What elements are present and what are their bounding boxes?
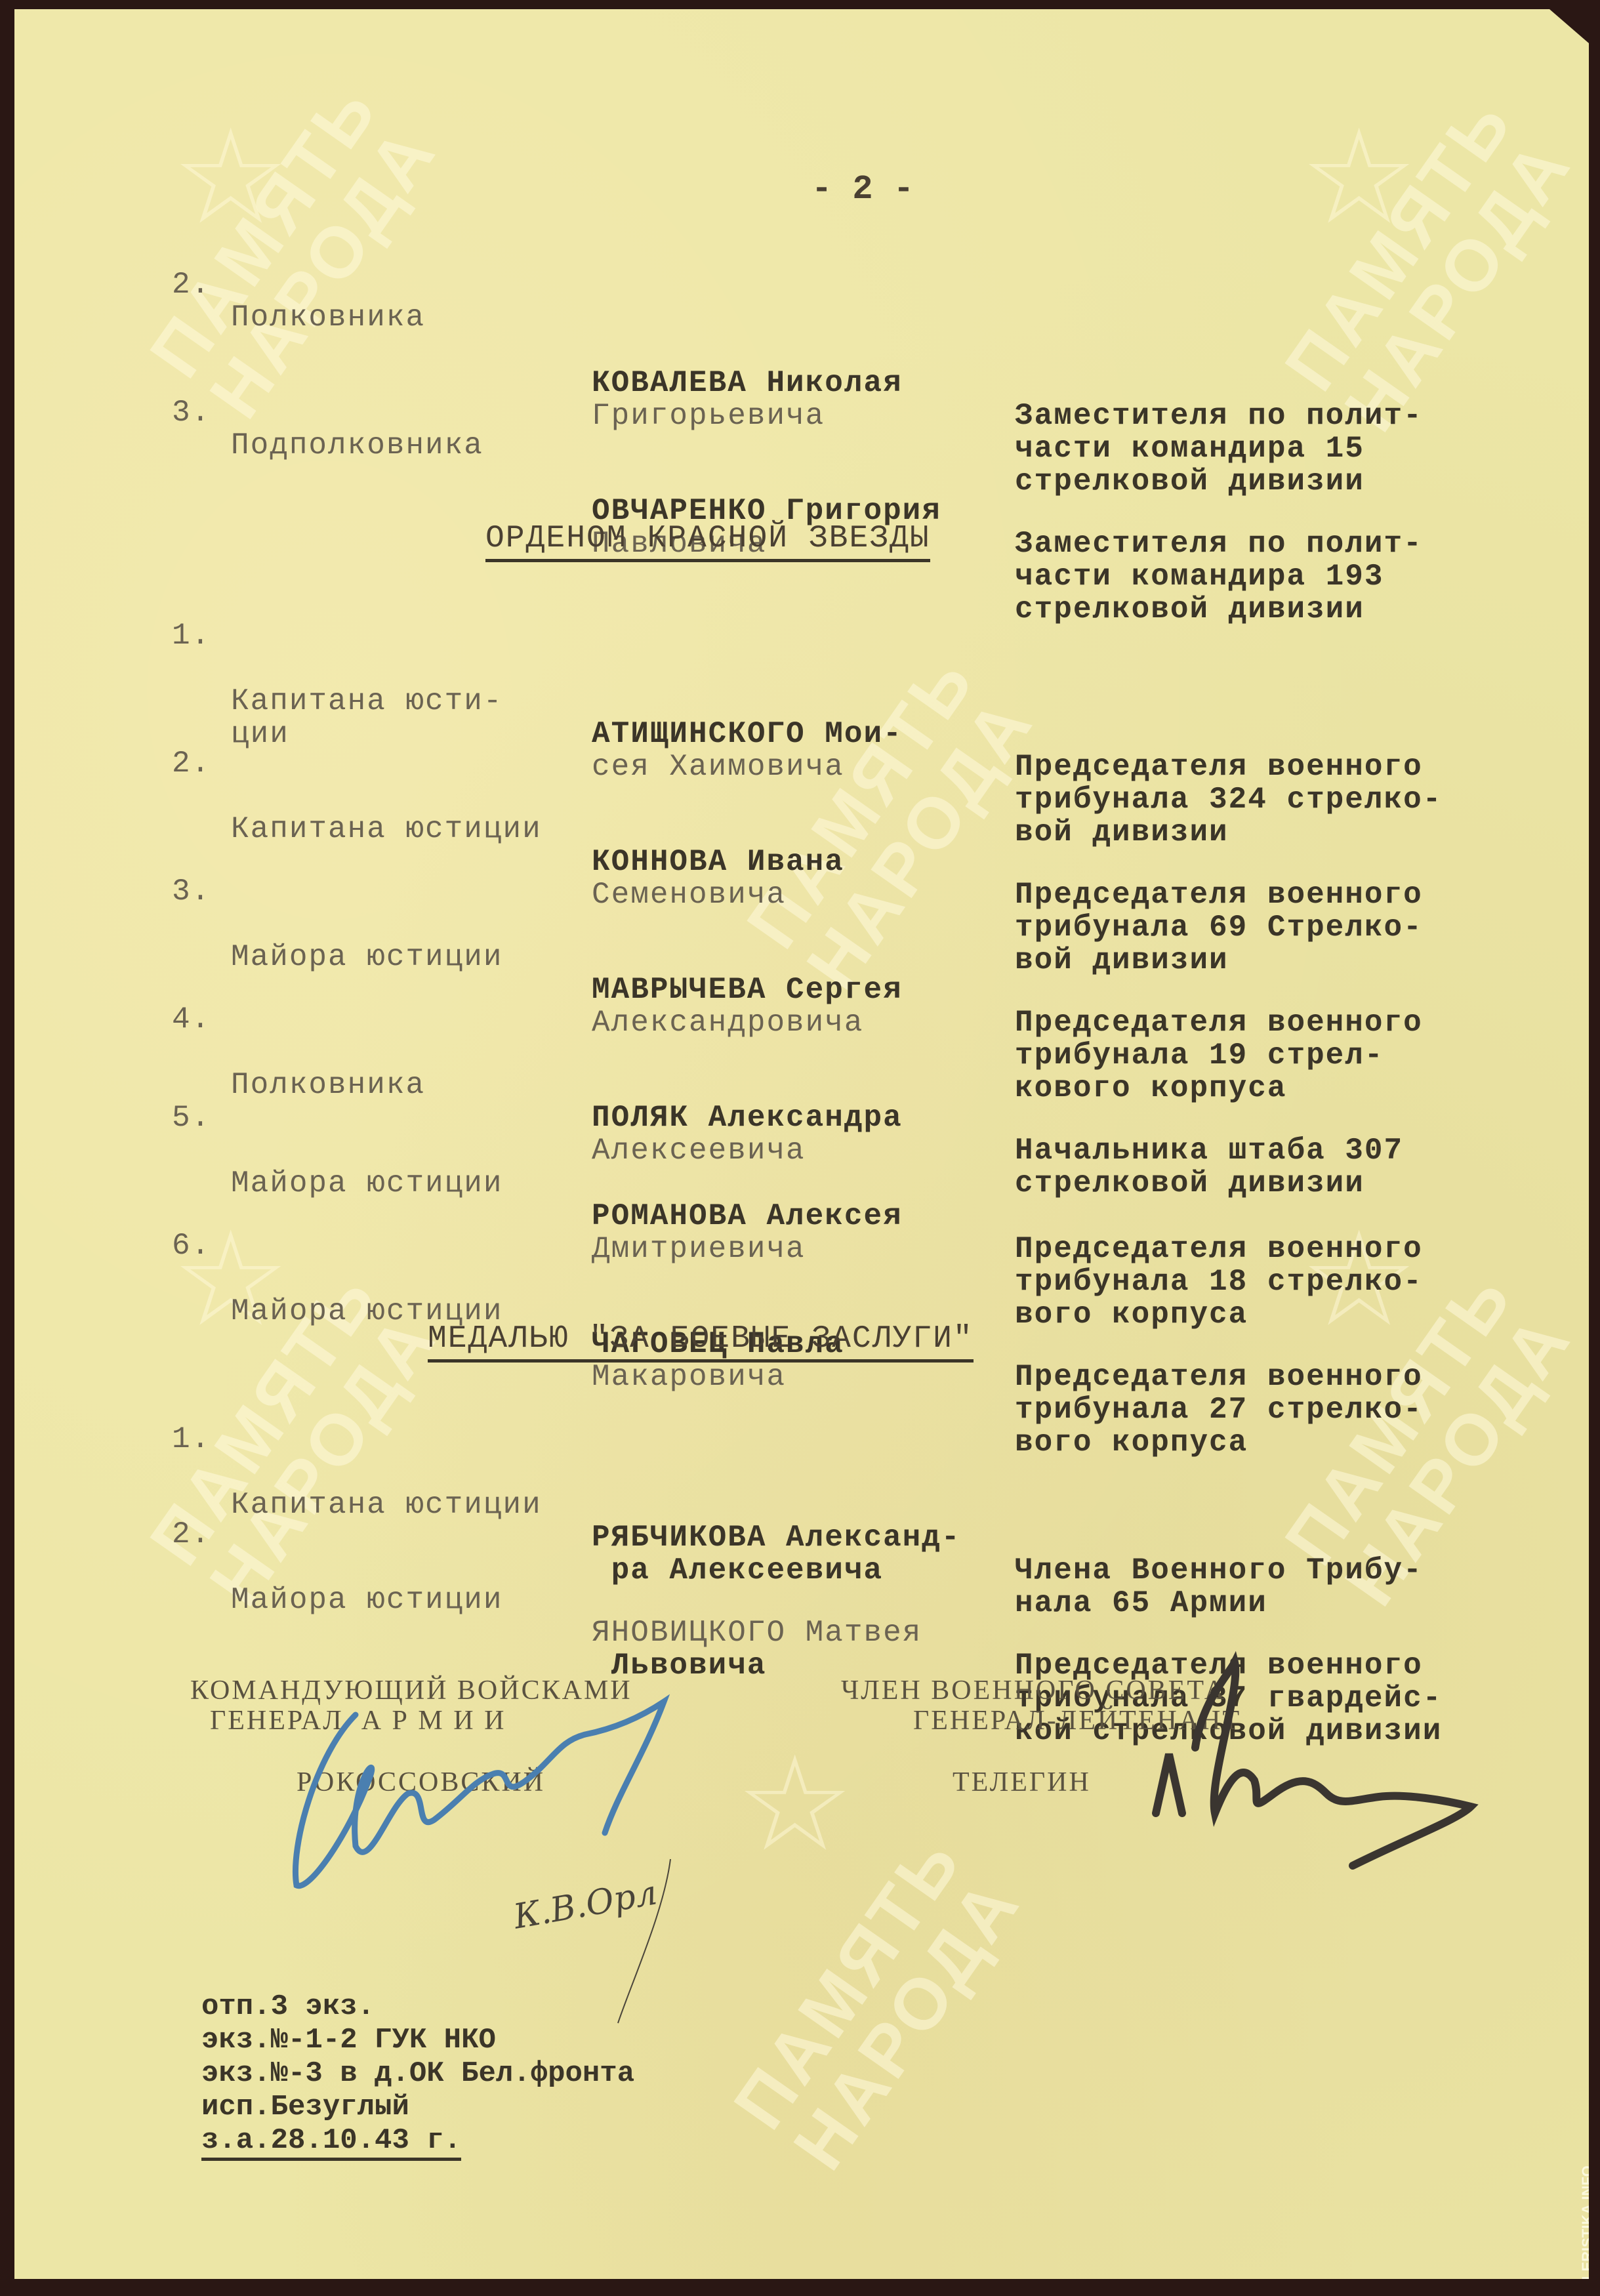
signature-right-name: ТЕЛЕГИН [953,1767,1091,1797]
section-title-combat-merit-medal: МЕДАЛЬЮ "ЗА БОЕВЫЕ ЗАСЛУГИ" [428,1321,974,1363]
section-title-red-star: ОРДЕНОМ КРАСНОЙ ЗВЕЗДЫ [485,521,930,562]
page-number: - 2 - [811,170,914,209]
telegin-signature-icon [1130,1649,1497,1898]
list-item: 6. Майора юстиции ЧАГОВЕЦ ПавлаМакарович… [14,1197,1589,1393]
distribution-footer: отп.3 экз.экз.№-1-2 ГУК НКОэкз.№-3 в д.О… [201,1990,634,2161]
document-page: ☆ ПАМЯТЬ НАРОДА ☆ ПАМЯТЬ НАРОДА ПАМЯТЬ Н… [14,9,1589,2279]
margin-site-watermark: FALERISTIKA.INFO https://faleristika.inf… [1579,2165,1600,2296]
